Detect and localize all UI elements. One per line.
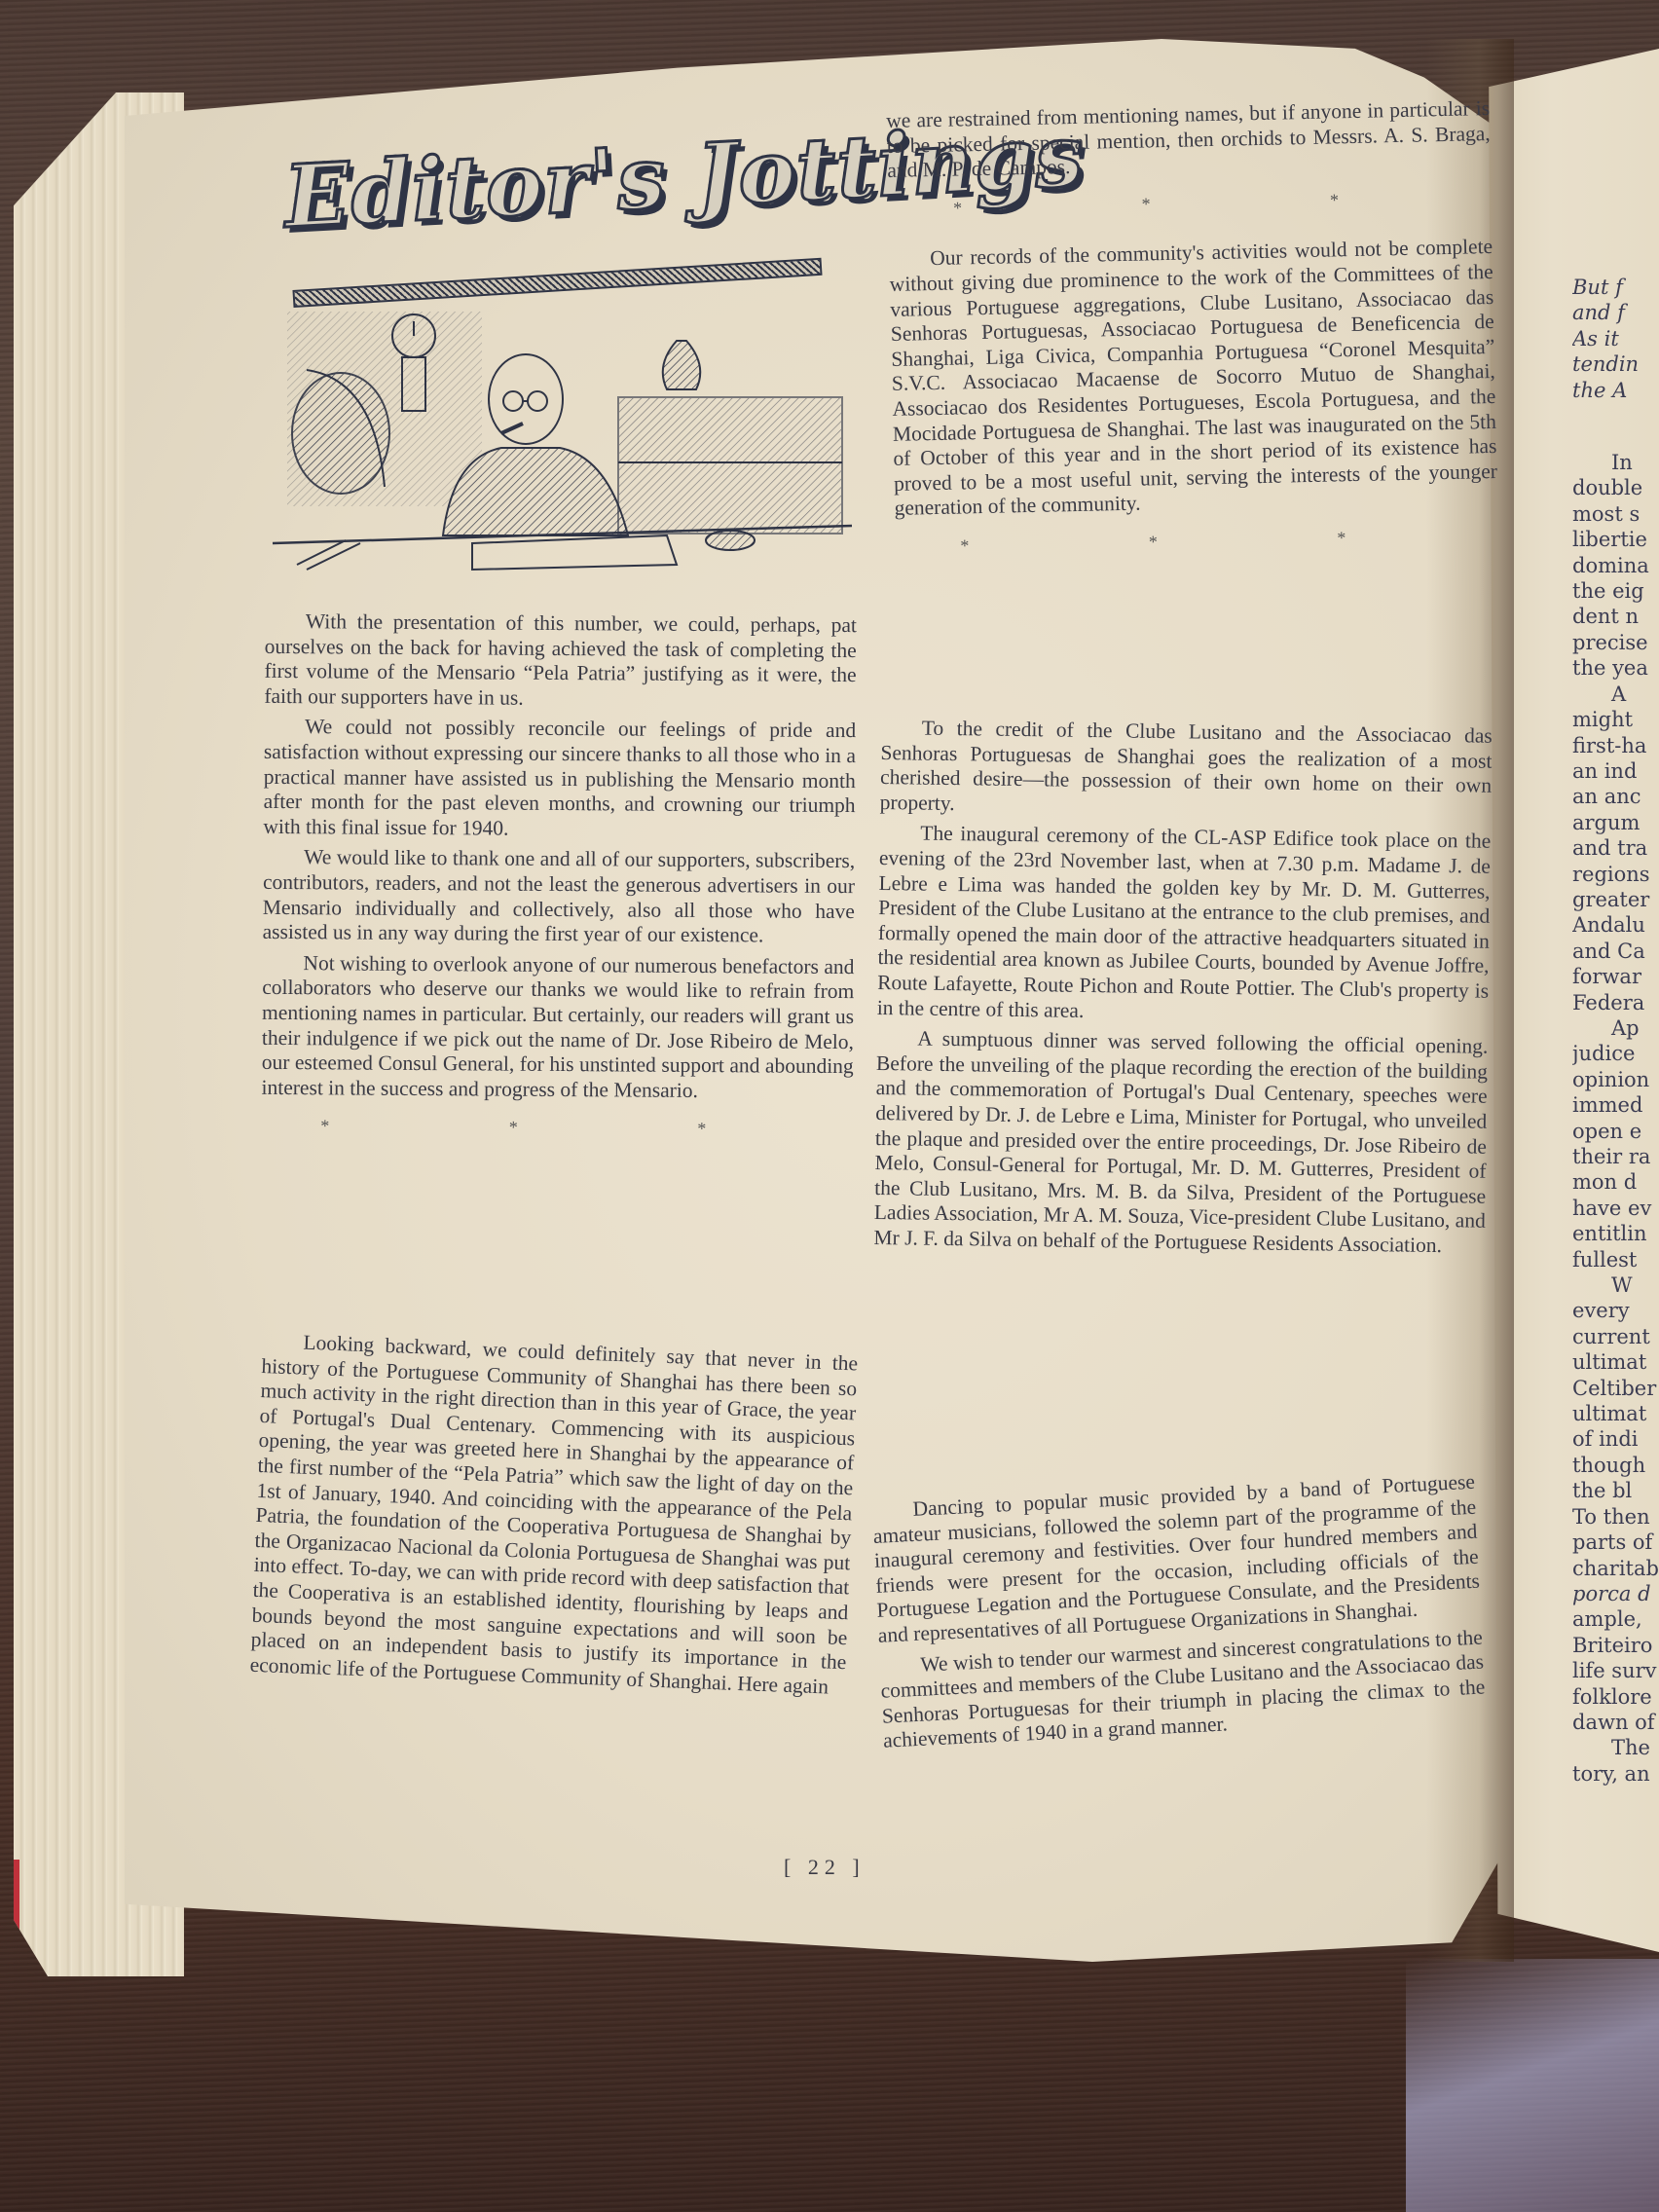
fragment-line: dawn of [1572,1710,1659,1735]
fragment-line: life surv [1572,1658,1659,1683]
paragraph: The inaugural ceremony of the CL-ASP Edi… [877,821,1492,1028]
fragment-line: domina [1572,553,1659,578]
paragraph: Our records of the community's activitie… [889,235,1498,521]
light-glare [1406,1959,1659,2212]
section-separator: * * * [888,185,1492,223]
paragraph: We would like to thank one and all of ou… [263,845,856,949]
left-column-bottom: Looking backward, we could definitely sa… [249,1329,859,1707]
fragment-line: every [1572,1298,1659,1323]
fragment-line: have ev [1572,1196,1659,1221]
fragment-line: forwar [1572,964,1659,989]
fragment-line: folklore [1572,1684,1659,1710]
masthead: Editor's Jottings [287,146,852,292]
fragment-line: The [1572,1735,1659,1760]
fragment-line: though [1572,1453,1659,1478]
fragment-line: current [1572,1324,1659,1349]
fragment-line: Andalu [1572,912,1659,938]
fragment-line: In [1572,450,1659,475]
right-column-middle: To the credit of the Clube Lusitano and … [873,716,1493,1265]
fragment-line: Celtiber [1572,1376,1659,1401]
fragment-line: most s [1572,501,1659,527]
fragment-line: judice [1572,1041,1659,1066]
fragment-line: argum [1572,810,1659,835]
fragment-line: mon d [1572,1169,1659,1195]
editor-cartoon-illustration [268,292,852,574]
fragment-line: tendin [1572,351,1659,377]
fragment-line: As it [1572,326,1659,351]
fragment-line: Briteiro [1572,1633,1659,1658]
paragraph: we are restrained from mentioning names,… [886,96,1491,184]
fragment-line: the A [1572,378,1659,403]
fragment-line: double [1572,475,1659,500]
paragraph: Looking backward, we could definitely sa… [249,1329,858,1701]
right-column-bottom: Dancing to popular music provided by a b… [871,1470,1487,1760]
fragment-line: an ind [1572,758,1659,784]
paragraph: To the credit of the Clube Lusitano and … [880,716,1493,824]
page-number: [ 22 ] [784,1855,866,1880]
fragment-line: and Ca [1572,939,1659,964]
fragment-line: and tra [1572,835,1659,861]
fragment-line: and f [1572,300,1659,325]
paragraph: A sumptuous dinner was served following … [873,1026,1488,1259]
fragment-line: the bl [1572,1478,1659,1503]
fragment-line: opinion [1572,1067,1659,1092]
fragment-line: But f [1572,275,1659,300]
fragment-line: fullest [1572,1247,1659,1272]
fragment-line: first-ha [1572,733,1659,758]
paragraph: With the presentation of this number, we… [264,609,857,714]
fragment-line: the yea [1572,655,1659,681]
paragraph: Not wishing to overlook anyone of our nu… [261,951,854,1105]
paragraph: We could not possibly reconcile our feel… [263,715,856,843]
paragraph: Dancing to popular music provided by a b… [871,1470,1482,1649]
fragment-line: porca d [1572,1581,1659,1606]
fragment-line: greater [1572,887,1659,912]
section-separator: * * * [261,1114,853,1143]
fragment-line: of indi [1572,1426,1659,1452]
section-separator: * * * [895,523,1498,561]
right-column-top: we are restrained from mentioning names,… [886,96,1499,585]
fragment-line: immed [1572,1092,1659,1118]
fragment-line: ultimat [1572,1349,1659,1375]
fragment-line: their ra [1572,1144,1659,1169]
fragment-line: Federa [1572,990,1659,1015]
fragment-line: parts of [1572,1530,1659,1555]
vase-icon [663,341,700,389]
paragraph: We wish to tender our warmest and sincer… [879,1625,1487,1754]
left-column-top: With the presentation of this number, we… [261,609,857,1168]
fragment-line: precise [1572,630,1659,655]
fragment-line: To then [1572,1504,1659,1530]
fragment-line: W [1572,1272,1659,1298]
fragment-line: ultimat [1572,1401,1659,1426]
fragment-line: entitlin [1572,1221,1659,1246]
fragment-line: might [1572,707,1659,732]
fragment-line: the eig [1572,578,1659,604]
fragment-line: Ap [1572,1015,1659,1041]
fragment-line: libertie [1572,527,1659,552]
fragment-line: regions [1572,862,1659,887]
fragment-line: charitab [1572,1556,1659,1581]
bookshelf-icon [618,397,842,534]
fragment-line: open e [1572,1119,1659,1144]
facing-page-text-fragment: But fand fAs ittendinthe AIndoublemost s… [1572,275,1659,1787]
fragment-line: tory, an [1572,1761,1659,1787]
fragment-line: dent n [1572,604,1659,629]
fragment-line: an anc [1572,784,1659,809]
fragment-line: A [1572,682,1659,707]
fragment-line: ample, [1572,1606,1659,1632]
